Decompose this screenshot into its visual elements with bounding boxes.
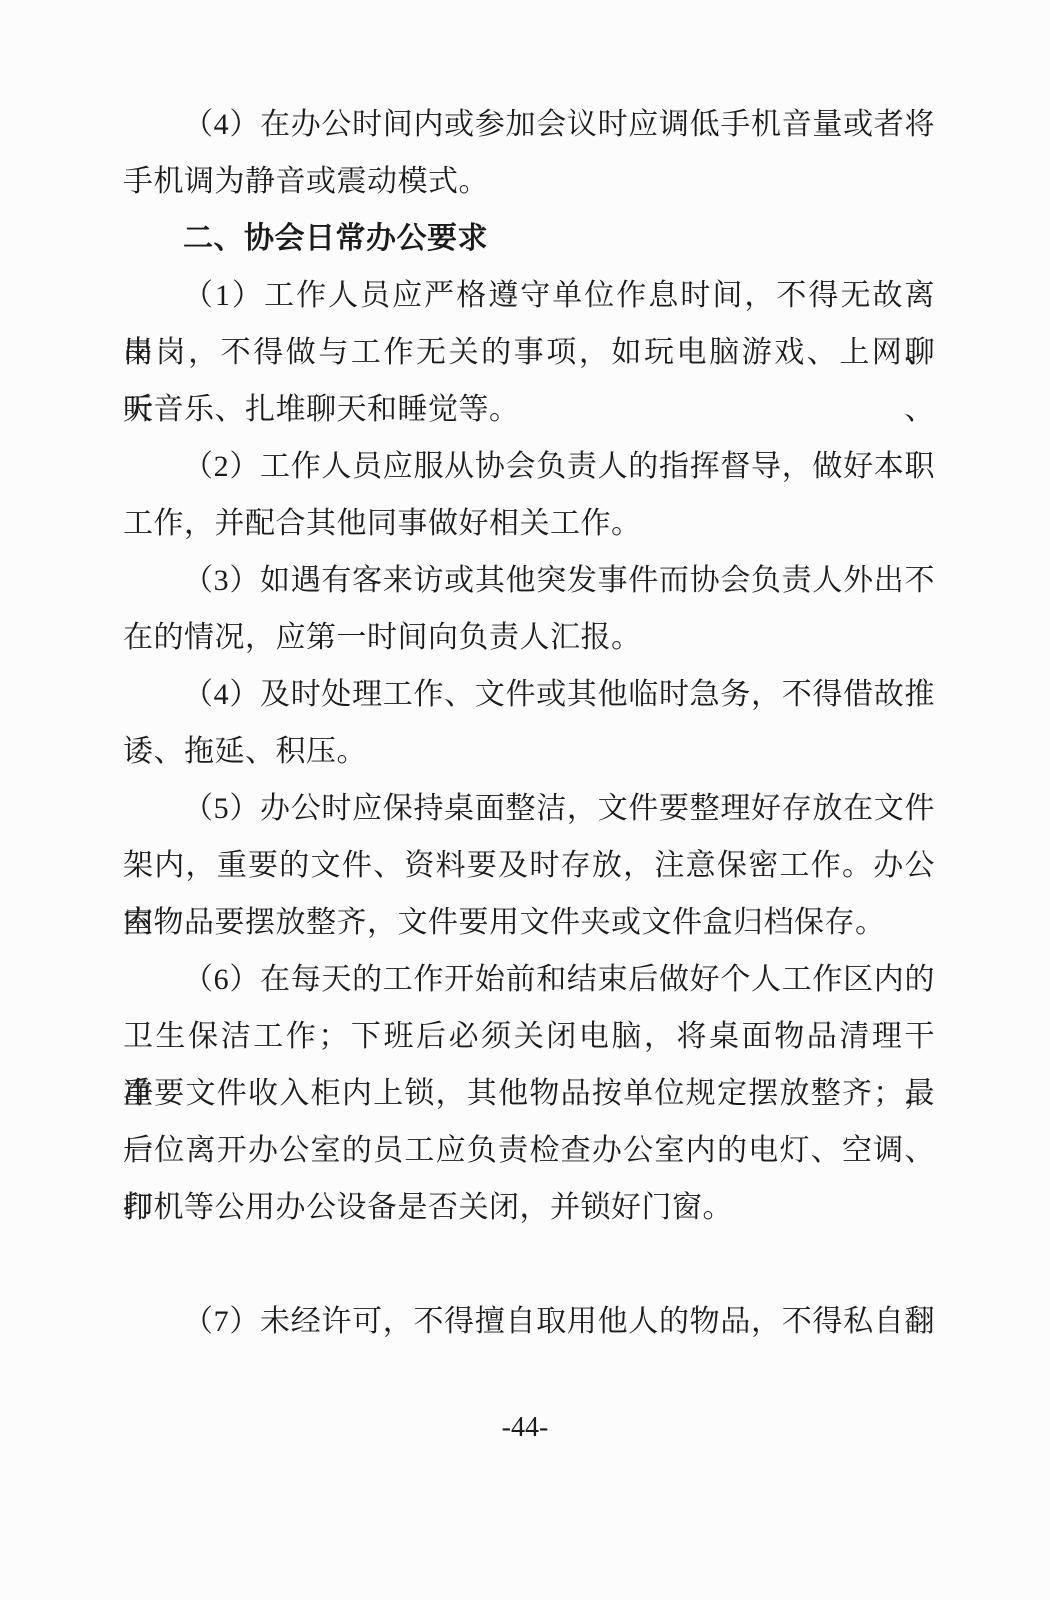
- text-line-5: 串岗，不得做与工作无关的事项，如玩电脑游戏、上网聊天、: [123, 324, 935, 381]
- text-line-11: （4）及时处理工作、文件或其他临时急务，不得借故推: [123, 666, 935, 723]
- document-text-block: （4）在办公时间内或参加会议时应调低手机音量或者将手机调为静音或震动模式。二、协…: [123, 96, 935, 1350]
- text-line-13: （5）办公时应保持桌面整洁，文件要整理好存放在文件: [123, 780, 935, 837]
- text-line-22: （7）未经许可，不得擅自取用他人的物品，不得私自翻: [123, 1293, 935, 1350]
- text-line-15: 内物品要摆放整齐，文件要用文件夹或文件盒归档保存。: [123, 894, 935, 951]
- section-heading: 二、协会日常办公要求: [123, 210, 935, 267]
- text-line-2: 手机调为静音或震动模式。: [123, 153, 935, 210]
- page-number: -44-: [502, 1412, 549, 1443]
- text-line-4: （1）工作人员应严格遵守单位作息时间，不得无故离岗、: [123, 267, 935, 324]
- text-line-18: 重要文件收入柜内上锁，其他物品按单位规定摆放整齐；最后: [123, 1065, 935, 1122]
- text-line-7: （2）工作人员应服从协会负责人的指挥督导，做好本职: [123, 438, 935, 495]
- text-line-16: （6）在每天的工作开始前和结束后做好个人工作区内的: [123, 951, 935, 1008]
- text-line-1: （4）在办公时间内或参加会议时应调低手机音量或者将: [123, 96, 935, 153]
- text-line-12: 诿、拖延、积压。: [123, 723, 935, 780]
- text-line-10: 在的情况，应第一时间向负责人汇报。: [123, 609, 935, 666]
- text-line-17: 卫生保洁工作；下班后必须关闭电脑，将桌面物品清理干净，: [123, 1008, 935, 1065]
- text-line-8: 工作，并配合其他同事做好相关工作。: [123, 495, 935, 552]
- document-page: （4）在办公时间内或参加会议时应调低手机音量或者将手机调为静音或震动模式。二、协…: [0, 0, 1050, 1600]
- text-line-20: 印机等公用办公设备是否关闭，并锁好门窗。: [123, 1179, 935, 1236]
- text-line-14: 架内，重要的文件、资料要及时存放，注意保密工作。办公室: [123, 837, 935, 894]
- text-line-9: （3）如遇有客来访或其他突发事件而协会负责人外出不: [123, 552, 935, 609]
- text-line-19: 一位离开办公室的员工应负责检查办公室内的电灯、空调、打: [123, 1122, 935, 1179]
- blank-line: [123, 1236, 935, 1293]
- page-footer: -44-: [0, 1412, 1050, 1444]
